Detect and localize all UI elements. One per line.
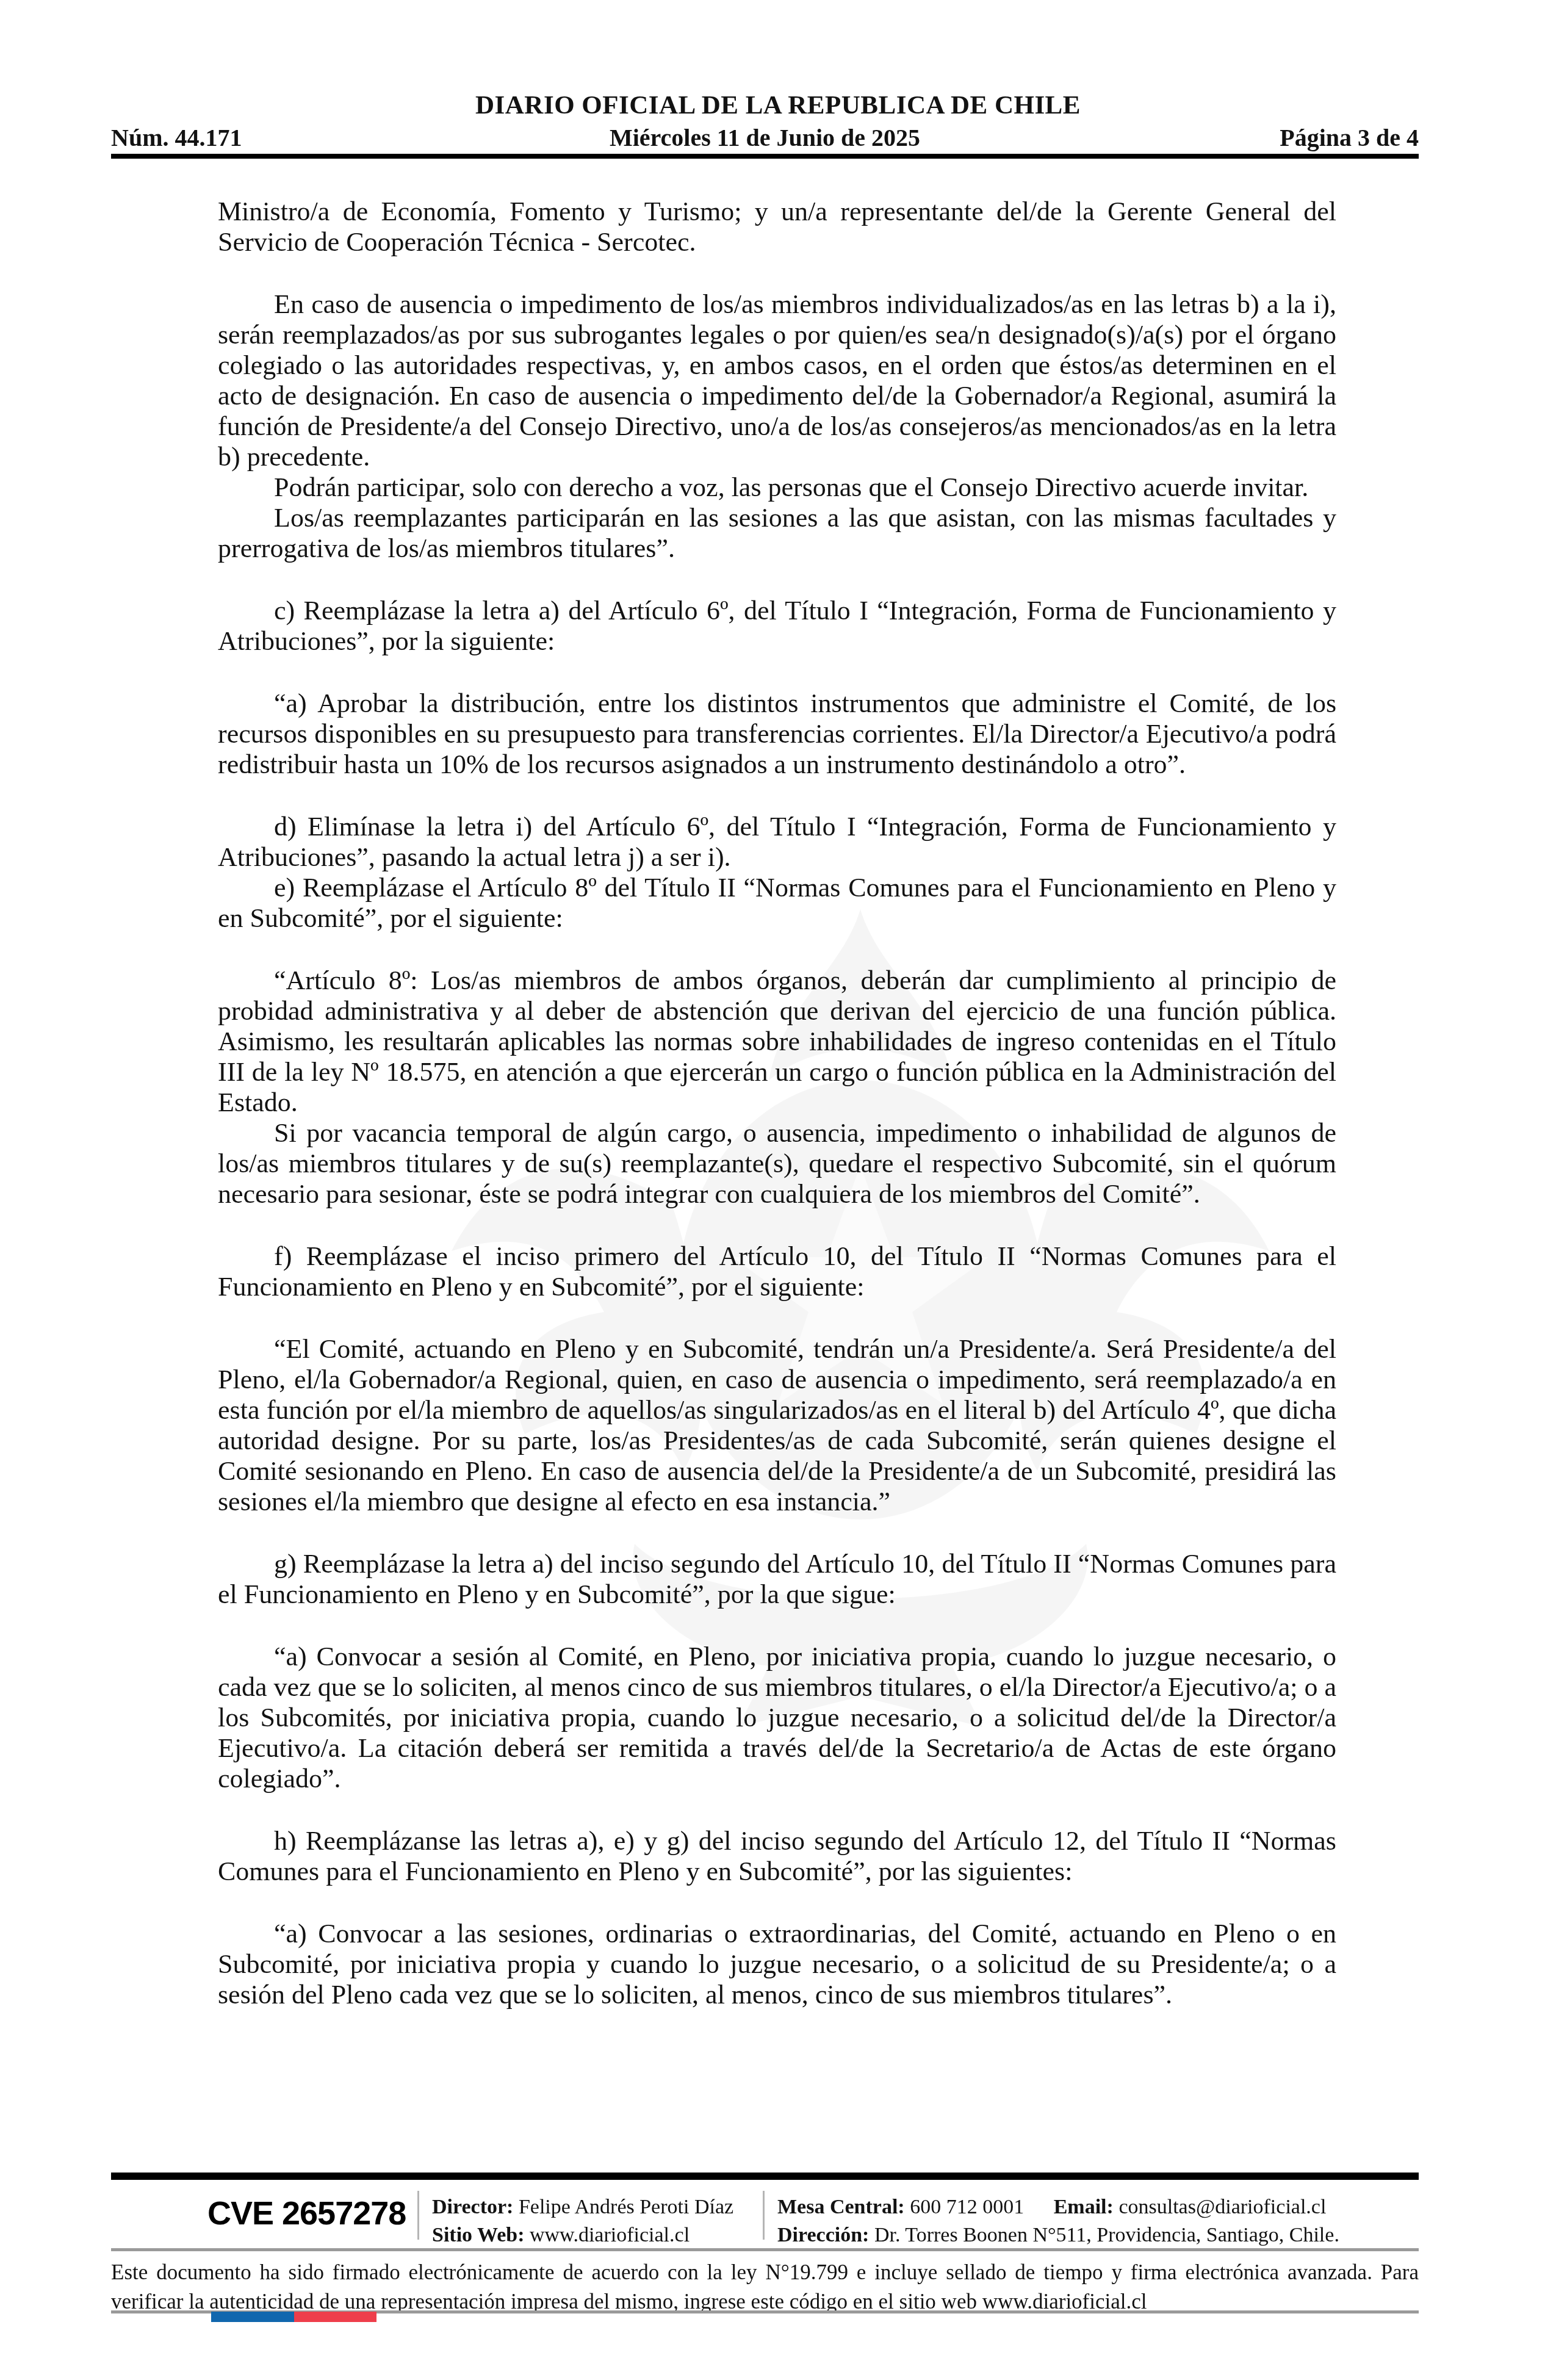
text-block: d) Elimínase la letra i) del Artículo 6º… xyxy=(218,812,1336,934)
paragraph: c) Reemplázase la letra a) del Artículo … xyxy=(218,596,1336,657)
flag-blue-bar xyxy=(211,2312,294,2322)
director-label: Director: xyxy=(432,2196,513,2218)
signature-disclaimer: Este documento ha sido firmado electróni… xyxy=(111,2258,1419,2317)
phone-pair: Mesa Central: 600 712 0001 xyxy=(777,2196,1024,2218)
address-label: Dirección: xyxy=(777,2224,869,2246)
paragraph: “a) Convocar a sesión al Comité, en Plen… xyxy=(218,1642,1336,1794)
paragraph: e) Reemplázase el Artículo 8º del Título… xyxy=(218,873,1336,934)
phone-value: 600 712 0001 xyxy=(910,2196,1024,2218)
text-block: h) Reemplázanse las letras a), e) y g) d… xyxy=(218,1826,1336,1887)
paragraph: Si por vacancia temporal de algún cargo,… xyxy=(218,1118,1336,1210)
website-value: www.diarioficial.cl xyxy=(530,2224,690,2246)
phone-label: Mesa Central: xyxy=(777,2196,905,2218)
address-line: Dirección: Dr. Torres Boonen N°511, Prov… xyxy=(777,2221,1339,2249)
footer-separator-rule xyxy=(111,2248,1419,2251)
email-value: consultas@diarioficial.cl xyxy=(1118,2196,1326,2218)
header-rule xyxy=(111,154,1419,159)
email-pair: Email: consultas@diarioficial.cl xyxy=(1054,2196,1327,2218)
text-block: “Artículo 8º: Los/as miembros de ambos ó… xyxy=(218,965,1336,1210)
paragraph: “a) Aprobar la distribución, entre los d… xyxy=(218,688,1336,780)
paragraph: “a) Convocar a las sesiones, ordinarias … xyxy=(218,1919,1336,2010)
director-line: Director: Felipe Andrés Peroti Díaz xyxy=(432,2193,733,2221)
website-label: Sitio Web: xyxy=(432,2224,524,2246)
paragraph: Ministro/a de Economía, Fomento y Turism… xyxy=(218,197,1336,258)
paragraph: h) Reemplázanse las letras a), e) y g) d… xyxy=(218,1826,1336,1887)
text-block: g) Reemplázase la letra a) del inciso se… xyxy=(218,1549,1336,1610)
footer-divider xyxy=(763,2191,765,2240)
document-body: Ministro/a de Economía, Fomento y Turism… xyxy=(218,197,1336,2010)
website-line: Sitio Web: www.diarioficial.cl xyxy=(432,2221,733,2249)
email-label: Email: xyxy=(1054,2196,1114,2218)
text-block: En caso de ausencia o impedimento de los… xyxy=(218,289,1336,564)
text-block: f) Reemplázase el inciso primero del Art… xyxy=(218,1241,1336,1302)
paragraph: Podrán participar, solo con derecho a vo… xyxy=(218,472,1336,503)
footer-top-rule xyxy=(111,2173,1419,2180)
page-title: DIARIO OFICIAL DE LA REPUBLICA DE CHILE xyxy=(0,90,1556,120)
flag-red-bar xyxy=(294,2312,376,2322)
paragraph: d) Elimínase la letra i) del Artículo 6º… xyxy=(218,812,1336,873)
text-block: “El Comité, actuando en Pleno y en Subco… xyxy=(218,1334,1336,1517)
cve-code: CVE 2657278 xyxy=(207,2194,406,2232)
paragraph: En caso de ausencia o impedimento de los… xyxy=(218,289,1336,472)
text-block: “a) Convocar a las sesiones, ordinarias … xyxy=(218,1919,1336,2010)
footer-divider xyxy=(417,2191,419,2240)
paragraph: f) Reemplázase el inciso primero del Art… xyxy=(218,1241,1336,1302)
text-block: “a) Aprobar la distribución, entre los d… xyxy=(218,688,1336,780)
footer-info-left: Director: Felipe Andrés Peroti Díaz Siti… xyxy=(432,2193,733,2249)
text-block: Ministro/a de Economía, Fomento y Turism… xyxy=(218,197,1336,258)
paragraph: Los/as reemplazantes participarán en las… xyxy=(218,503,1336,564)
document-page: DIARIO OFICIAL DE LA REPUBLICA DE CHILE … xyxy=(0,0,1556,2380)
text-block: c) Reemplázase la letra a) del Artículo … xyxy=(218,596,1336,657)
phone-email-line: Mesa Central: 600 712 0001 Email: consul… xyxy=(777,2193,1339,2221)
text-block: “a) Convocar a sesión al Comité, en Plen… xyxy=(218,1642,1336,1794)
footer-info-right: Mesa Central: 600 712 0001 Email: consul… xyxy=(777,2193,1339,2249)
masthead-meta-row: Núm. 44.171 Miércoles 11 de Junio de 202… xyxy=(111,123,1419,154)
paragraph: g) Reemplázase la letra a) del inciso se… xyxy=(218,1549,1336,1610)
address-value: Dr. Torres Boonen N°511, Providencia, Sa… xyxy=(874,2224,1339,2246)
paragraph: “El Comité, actuando en Pleno y en Subco… xyxy=(218,1334,1336,1517)
director-value: Felipe Andrés Peroti Díaz xyxy=(519,2196,733,2218)
edition-date: Miércoles 11 de Junio de 2025 xyxy=(111,123,1419,152)
paragraph: “Artículo 8º: Los/as miembros de ambos ó… xyxy=(218,965,1336,1118)
page-indicator: Página 3 de 4 xyxy=(1280,123,1419,152)
